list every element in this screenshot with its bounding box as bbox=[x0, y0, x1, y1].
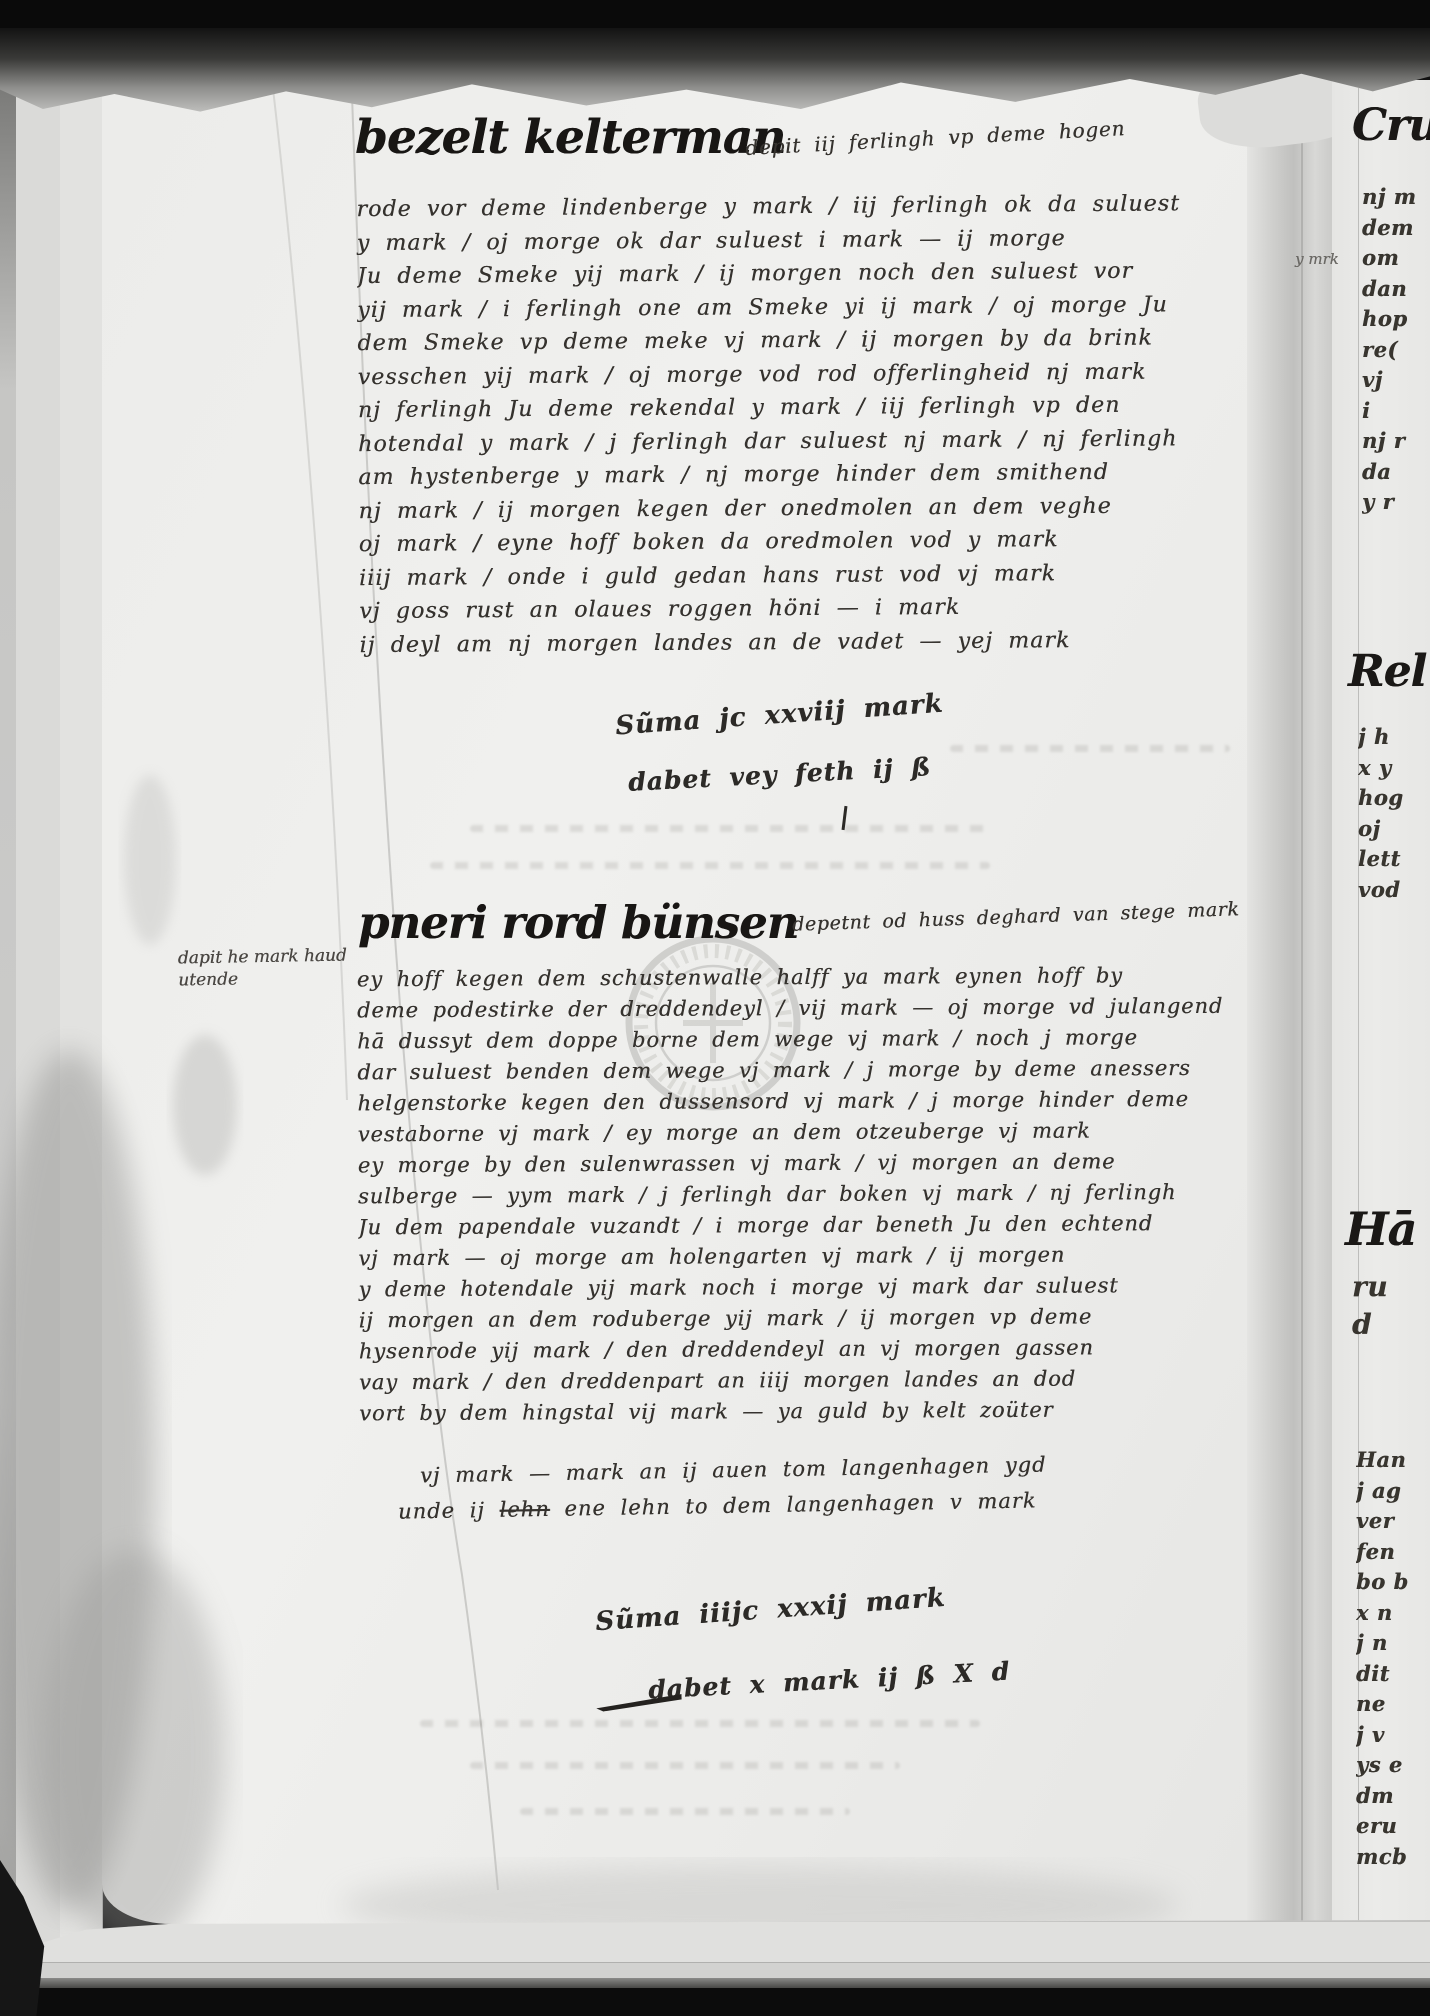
right-section2-text: j hx yhogojlettvod bbox=[1358, 722, 1403, 905]
text-segment: unde ij bbox=[398, 1498, 500, 1524]
entry2-text-block: ey hoff kegen dem schustenwalle halff ya… bbox=[357, 960, 1251, 1430]
text-line: ne bbox=[1356, 1689, 1409, 1720]
text-line: da bbox=[1362, 457, 1416, 488]
right-section3-text: Hanj agverfenbo bx nj nditnej vys edmeru… bbox=[1356, 1445, 1409, 1872]
text-line: hā dussyt dem doppe borne dem wege vj ma… bbox=[357, 1022, 1249, 1058]
entry1-text-block: rode vor deme lindenberge y mark / iij f… bbox=[356, 187, 1247, 662]
text-line: nj m bbox=[1362, 182, 1416, 213]
entry2-heading: pneri rord bünsen bbox=[358, 896, 798, 949]
bleedthrough-trace bbox=[950, 745, 1230, 752]
right-section3-heading: Hā bbox=[1345, 1202, 1416, 1256]
text-line: lett bbox=[1358, 844, 1403, 875]
text-line: ij morgen an dem roduberge yij mark / ij… bbox=[359, 1301, 1251, 1337]
text-line: Han bbox=[1356, 1445, 1409, 1476]
stain bbox=[124, 775, 176, 945]
right-section1-heading: Cru bbox=[1352, 100, 1430, 151]
margin-note-line: utende bbox=[178, 967, 347, 992]
text-line: j v bbox=[1356, 1720, 1409, 1751]
text-line: hop bbox=[1362, 304, 1416, 335]
bleedthrough-trace bbox=[430, 862, 990, 869]
text-line: dem bbox=[1362, 213, 1416, 244]
text-line: ij deyl am nj morgen landes an de vadet … bbox=[359, 622, 1247, 662]
text-line: vay mark / den dreddenpart an iiij morge… bbox=[359, 1363, 1251, 1399]
text-line: x n bbox=[1356, 1598, 1409, 1629]
text-line: vestaborne vj mark / ey morge an dem otz… bbox=[358, 1115, 1250, 1151]
text-line: rode vor deme lindenberge y mark / iij f… bbox=[356, 187, 1244, 227]
manuscript-photo: bezelt kelterman depit iij ferlingh vp d… bbox=[0, 0, 1430, 2016]
text-line: nj ferlingh Ju deme rekendal y mark / ii… bbox=[358, 388, 1246, 428]
text-line: hysenrode yij mark / den dreddendeyl an … bbox=[359, 1332, 1251, 1368]
text-line: om bbox=[1362, 243, 1416, 274]
text-line: hotendal y mark / j ferlingh dar suluest… bbox=[358, 421, 1246, 461]
text-line: helgenstorke kegen den dussensord vj mar… bbox=[357, 1084, 1249, 1120]
text-line: Ju deme Smeke yij mark / ij morgen noch … bbox=[357, 254, 1245, 294]
text-line: x y bbox=[1358, 753, 1403, 784]
text-line: ru bbox=[1352, 1268, 1388, 1306]
bottom-leaf-edge bbox=[30, 1920, 1430, 1968]
text-line: vort by dem hingstal vij mark — ya guld … bbox=[359, 1394, 1251, 1430]
text-line: ys e bbox=[1356, 1750, 1409, 1781]
right-section2-heading: Rel bbox=[1348, 646, 1426, 697]
text-line: j ag bbox=[1356, 1476, 1409, 1507]
text-line: vj mark — oj morge am holengarten vj mar… bbox=[358, 1239, 1250, 1275]
right-section1-text: nj mdemomdanhopre(vjinj rday r bbox=[1362, 182, 1416, 518]
text-line: y deme hotendale yij mark noch i morge v… bbox=[358, 1270, 1250, 1306]
text-line: oj bbox=[1358, 814, 1403, 845]
struck-word: lehn bbox=[499, 1497, 550, 1522]
text-line: re( bbox=[1362, 335, 1416, 366]
bleedthrough-trace bbox=[470, 825, 990, 832]
text-line: bo b bbox=[1356, 1567, 1409, 1598]
text-line: dm bbox=[1356, 1781, 1409, 1812]
text-line: dit bbox=[1356, 1659, 1409, 1690]
text-line: mcb bbox=[1356, 1842, 1409, 1873]
text-line: ey hoff kegen dem schustenwalle halff ya… bbox=[357, 960, 1249, 996]
text-line: dan bbox=[1362, 274, 1416, 305]
margin-note: dapit he mark haud utende bbox=[178, 945, 348, 992]
text-line: eru bbox=[1356, 1811, 1409, 1842]
stain bbox=[45, 1550, 225, 1950]
text-line: j h bbox=[1358, 722, 1403, 753]
text-line: dar suluest benden dem wege vj mark / j … bbox=[357, 1053, 1249, 1089]
text-line: j n bbox=[1356, 1628, 1409, 1659]
text-line: fen bbox=[1356, 1537, 1409, 1568]
right-page-margin-note: y mrk bbox=[1295, 248, 1339, 270]
text-line: sulberge — yym mark / j ferlingh dar bok… bbox=[358, 1177, 1250, 1213]
text-line: y r bbox=[1362, 487, 1416, 518]
text-line: nj r bbox=[1362, 426, 1416, 457]
text-line: deme podestirke der dreddendeyl / vij ma… bbox=[357, 991, 1249, 1027]
stain bbox=[173, 1035, 237, 1175]
text-line: d bbox=[1352, 1306, 1388, 1344]
text-line: i bbox=[1362, 396, 1416, 427]
bleedthrough-trace bbox=[470, 1762, 900, 1769]
text-line: hog bbox=[1358, 783, 1403, 814]
text-line: vod bbox=[1358, 875, 1403, 906]
text-line: vj bbox=[1362, 365, 1416, 396]
text-line: ey morge by den sulenwrassen vj mark / v… bbox=[358, 1146, 1250, 1182]
bleedthrough-trace bbox=[420, 1720, 980, 1727]
photo-border-bottom bbox=[0, 1988, 1430, 2016]
entry1-heading: bezelt kelterman bbox=[355, 110, 785, 165]
bleedthrough-trace bbox=[520, 1808, 850, 1815]
text-line: Ju dem papendale vuzandt / i morge dar b… bbox=[358, 1208, 1250, 1244]
margin-note-line: dapit he mark haud bbox=[178, 945, 347, 970]
text-line: dem Smeke vp deme meke vj mark / ij morg… bbox=[357, 321, 1245, 361]
text-line: ver bbox=[1356, 1506, 1409, 1537]
right-section3-subheading: rud bbox=[1352, 1268, 1388, 1344]
